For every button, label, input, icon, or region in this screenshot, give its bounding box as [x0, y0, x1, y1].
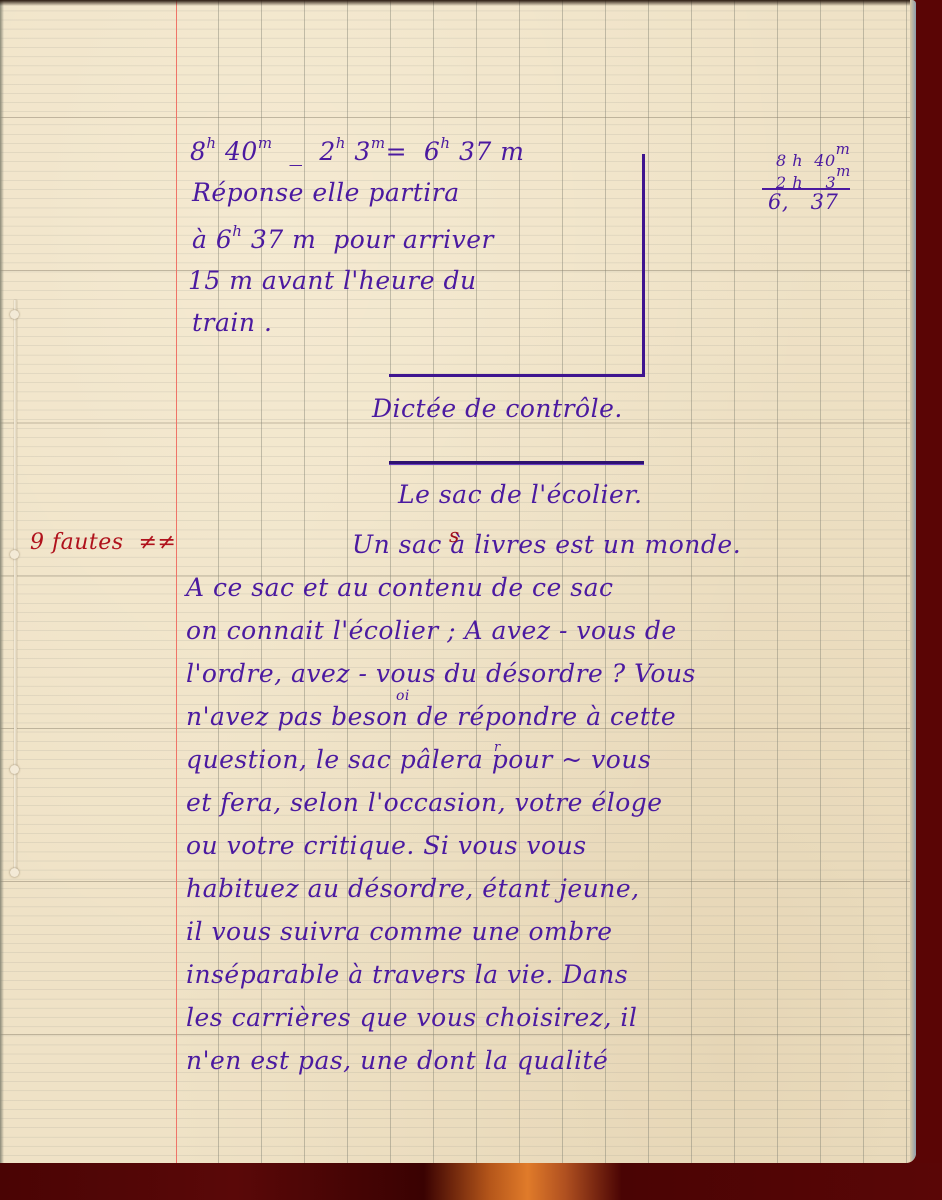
answer-line-2: à 6h 37 m pour arriver: [192, 222, 494, 254]
thread-knot-middle: [10, 550, 19, 559]
dictation-line-4: l'ordre, avez - vous du désordre ? Vous: [186, 659, 696, 688]
dictation-line-10: il vous suivra comme une ombre: [186, 917, 613, 946]
dictation-line-7: et fera, selon l'occasion, votre éloge: [186, 788, 663, 817]
dictation-line-5: n'avez pas beson de répondre à cette: [186, 702, 676, 731]
dictation-line-6: question, le sac pâlera pour ~ vous: [186, 745, 651, 774]
dictation-line-12: les carrières que vous choisirez, il: [186, 1003, 637, 1032]
thread-knot-bottom: [10, 868, 19, 877]
top-shadow: [0, 0, 916, 6]
dictation-line-1: Un sac à livres est un monde.: [352, 530, 741, 559]
dictation-heading: Dictée de contrôle.: [372, 394, 623, 423]
dictation-line-13: n'en est pas, une dont la qualité: [186, 1046, 608, 1075]
red-margin-line: [176, 0, 177, 1163]
dictation-line-11: inséparable à travers la vie. Dans: [186, 960, 628, 989]
margin-grade: 9 fautes ≠≠: [30, 530, 176, 555]
answer-box-right-border: [642, 154, 645, 376]
answer-line-3: 15 m avant l'heure du: [188, 266, 477, 295]
correction-parlera-r: r: [494, 740, 501, 755]
answer-line-1: Réponse elle partira: [192, 178, 460, 207]
spine-edge: [0, 0, 4, 1163]
binding-thread: [14, 300, 17, 875]
correction-livres-s: s: [449, 523, 459, 547]
heading-underline: [389, 461, 644, 465]
background-table-surface: [0, 1163, 942, 1200]
notebook-page: 8h 40m _ 2h 3m= 6h 37 m Réponse elle par…: [0, 0, 916, 1163]
dictation-line-3: on connait l'écolier ; A avez - vous de: [186, 616, 677, 645]
thread-knot-lower: [10, 765, 19, 774]
thread-knot-top: [10, 310, 19, 319]
dictation-line-2: A ce sac et au contenu de ce sac: [186, 573, 614, 602]
subtraction-equation: 8h 40m _ 2h 3m= 6h 37 m: [190, 134, 524, 166]
dictation-title: Le sac de l'écolier.: [398, 480, 642, 509]
answer-box-bottom-border: [389, 374, 645, 377]
correction-besoin-oi: oi: [396, 688, 410, 704]
side-calc-result: 6, 37: [768, 190, 838, 214]
dictation-line-9: habituez au désordre, étant jeune,: [186, 874, 640, 903]
tally-marks: ≠≠: [139, 530, 177, 555]
dictation-line-8: ou votre critique. Si vous vous: [186, 831, 587, 860]
answer-line-4: train .: [192, 308, 272, 337]
